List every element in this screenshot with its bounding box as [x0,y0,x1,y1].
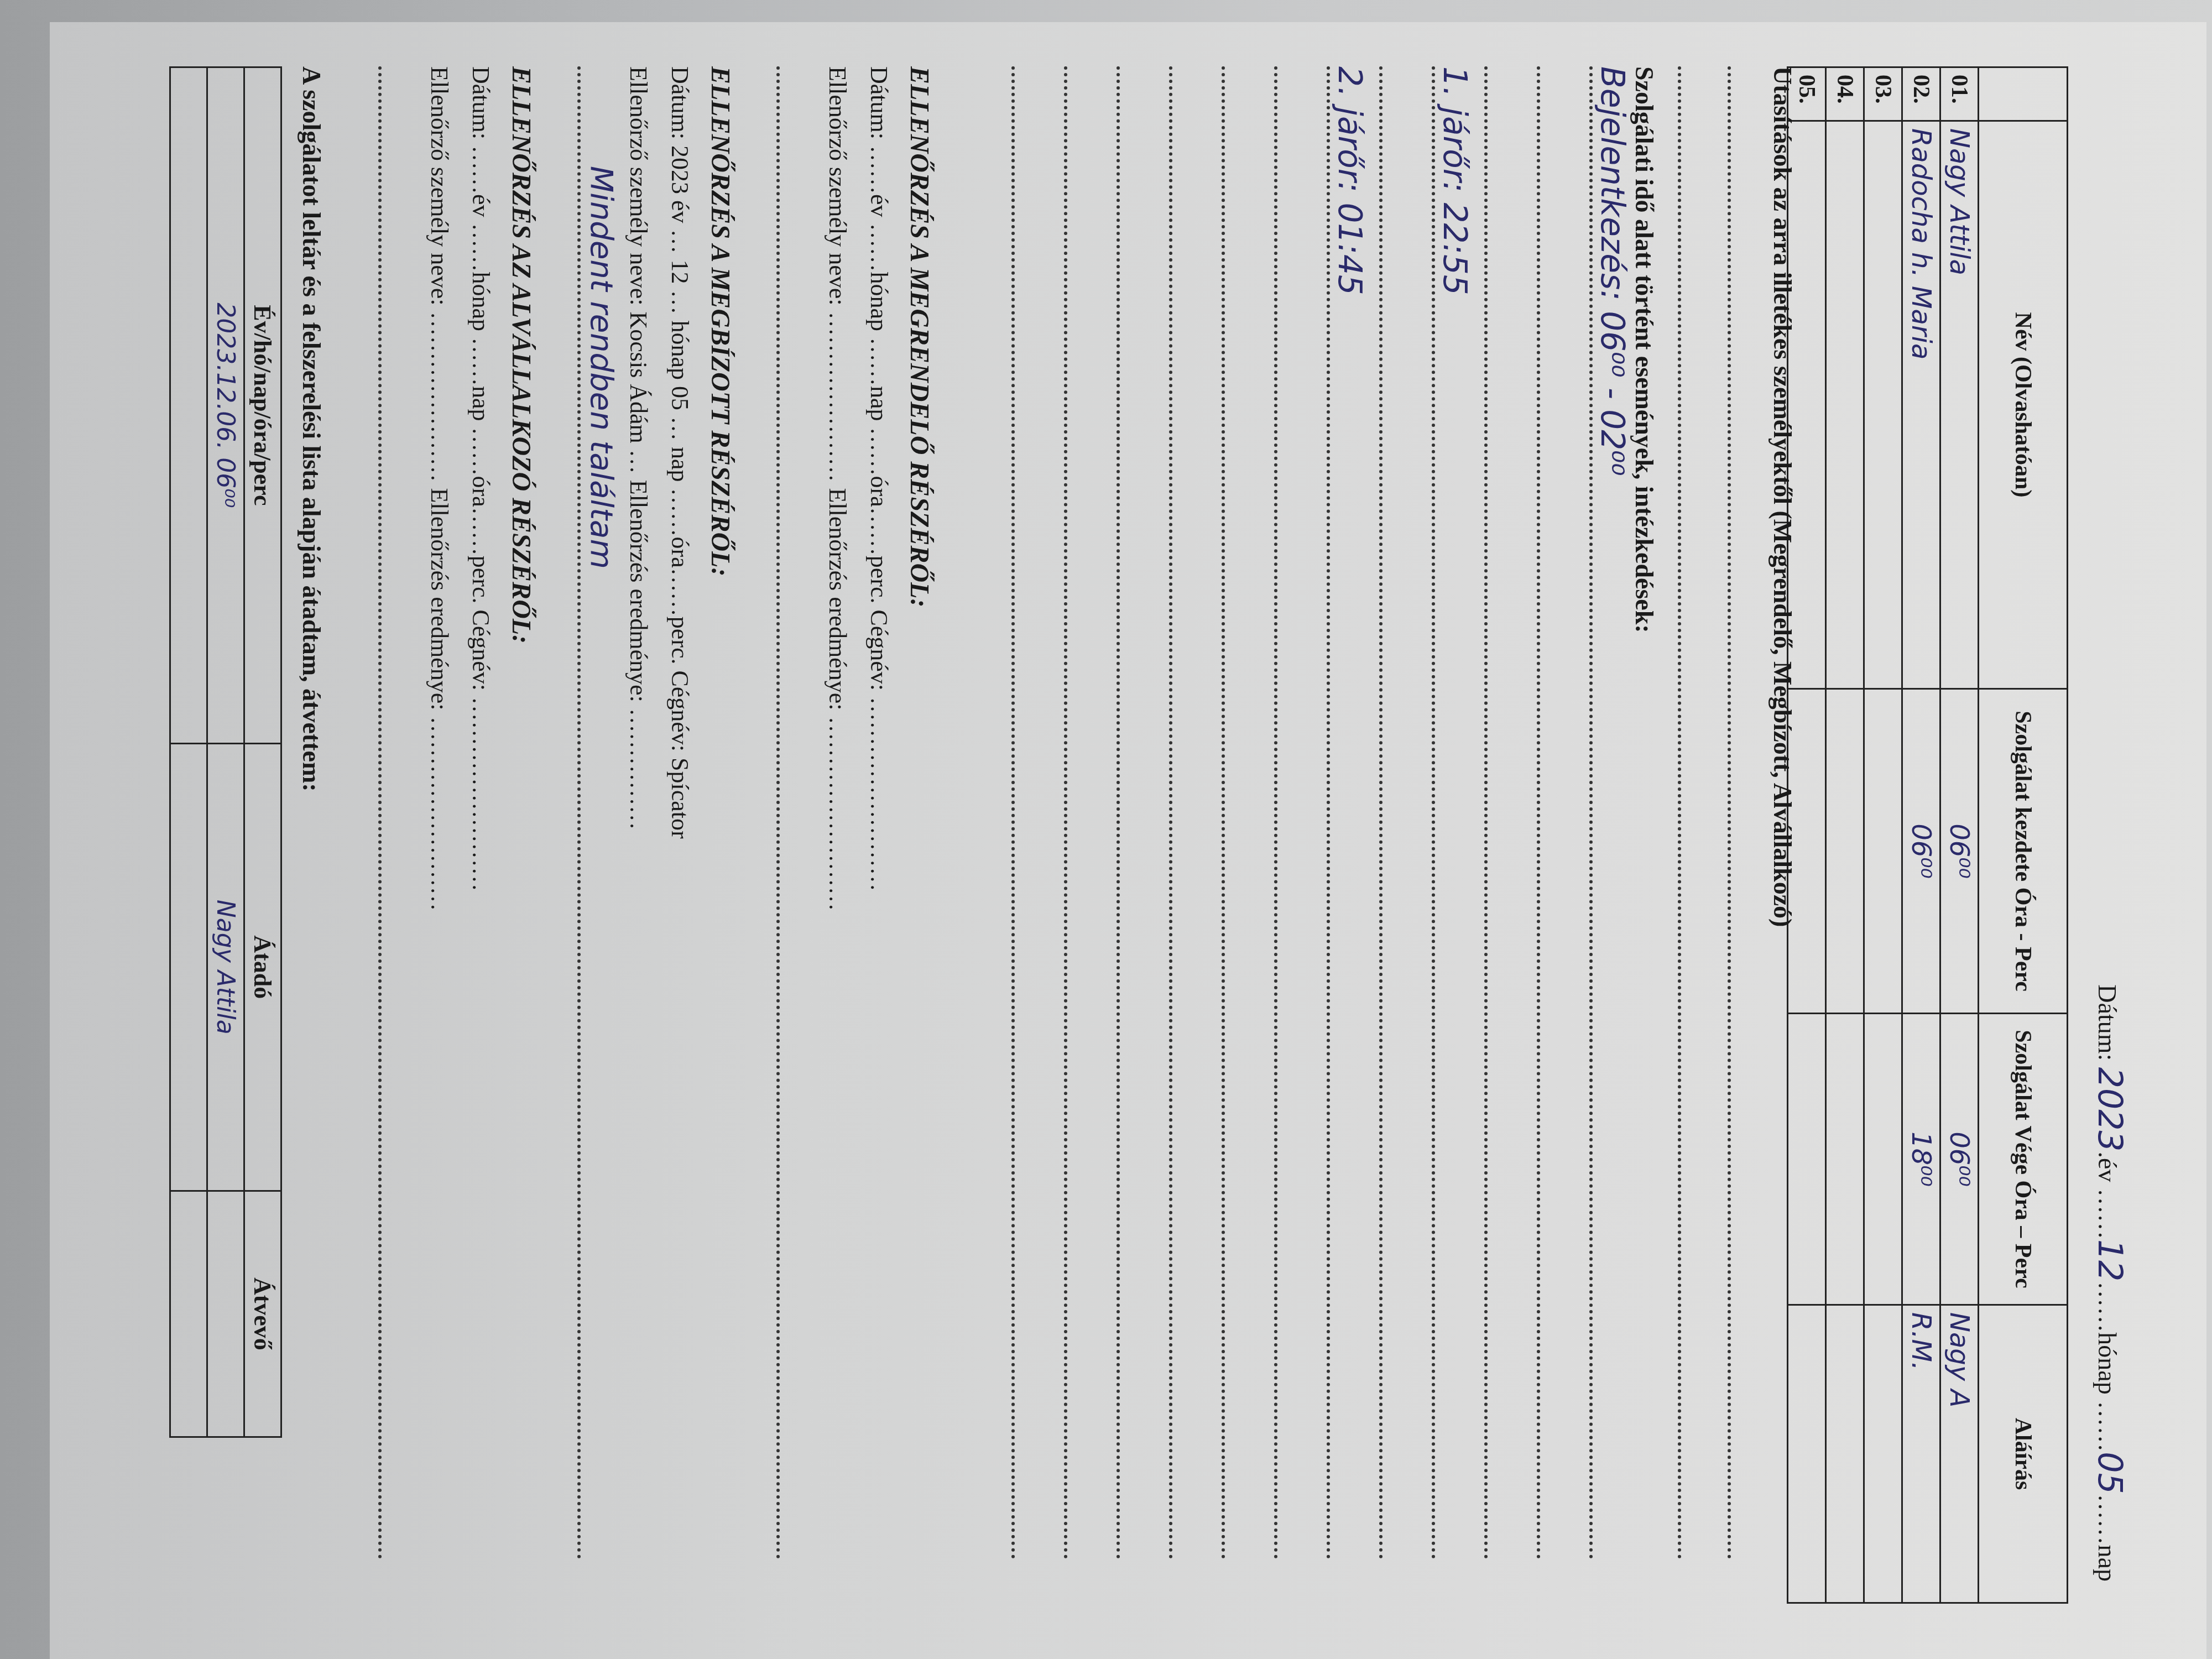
staff-num: 04. [1826,67,1864,121]
handover-row: 2023.12.06. 06⁰⁰Nagy Attila [207,67,244,1437]
staff-table: Név (Olvashatóan) Szolgálat kezdete Óra … [1787,66,2068,1604]
staff-end: 06⁰⁰ [1940,1014,1979,1305]
handover-row [170,67,207,1437]
staff-end: 18⁰⁰ [1902,1014,1940,1305]
instructions-line [1678,66,1681,1559]
year-suffix: .év [2093,1152,2121,1182]
paper-sheet: Dátum: 2023.év ……12……hónap ……05……nap Név… [50,22,2206,1659]
check-title: ELLENŐRZÉS AZ ALVÁLLALKOZÓ RÉSZÉRŐL: [506,66,536,644]
event-entry: 2. járőr: 01:45 [1331,66,1369,295]
staff-name [1826,121,1864,689]
staff-num: 01. [1940,67,1979,121]
events-title: Szolgálati idő alatt történt események, … [1630,66,1659,633]
check-date-line: Dátum: ……év ……hónap ……nap ……óra……perc. C… [865,66,893,891]
check-date-line: Dátum: ……év ……hónap ……nap ……óra……perc. C… [467,66,495,891]
staff-num: 02. [1902,67,1940,121]
events-line [1274,66,1277,1559]
events-line [1484,66,1488,1559]
staff-signature [1864,1305,1902,1603]
instructions-line [1728,66,1731,1559]
events-line [1432,66,1435,1559]
handover-receiver [207,1191,244,1437]
staff-end [1826,1014,1864,1305]
staff-start [1826,689,1864,1014]
check-name-line: Ellenőrző személy neve: ………………… Ellenőrz… [823,66,852,911]
instructions-title: Utasítások az arra illetékes személyektő… [1768,66,1797,927]
staff-name [1864,121,1902,689]
col-num [1979,67,2068,121]
check-result-handwritten: Mindent rendben találtam [583,166,619,569]
date-label: Dátum: [2093,984,2121,1061]
staff-end [1864,1014,1902,1305]
date-year: 2023 [2090,1067,2129,1152]
staff-row: 02.Radocha h. Maria06⁰⁰18⁰⁰R.M. [1902,67,1940,1603]
date-month: 12 [2090,1239,2129,1281]
event-entry: Bejelentkezés: 06⁰⁰ - 02⁰⁰ [1594,66,1631,476]
check-title: ELLENŐRZÉS A MEGBÍZOTT RÉSZÉRŐL: [705,66,735,576]
col-datetime: Év/hó/nap/óra/perc [244,67,281,744]
service-log-form: Dátum: 2023.év ……12……hónap ……05……nap Név… [105,66,2151,1615]
check-dotted-line [378,66,382,1559]
col-receiver: Átvevő [244,1191,281,1437]
events-line [1327,66,1330,1559]
date-day: 05 [2090,1452,2129,1494]
handover-datetime: 2023.12.06. 06⁰⁰ [207,67,244,744]
staff-row: 04. [1826,67,1864,1603]
form-date: Dátum: 2023.év ……12……hónap ……05……nap [2090,984,2129,1582]
staff-num: 03. [1864,67,1902,121]
check-title: ELLENŐRZÉS A MEGRENDELŐ RÉSZÉRŐL: [904,66,935,607]
events-line [1589,66,1593,1559]
handover-title: A szolgálatot leltár és a felszerelési l… [297,66,326,792]
staff-end [1788,1014,1826,1305]
handover-giver [170,743,207,1191]
month-label: hónap [2093,1332,2121,1394]
col-end: Szolgálat Vége Óra – Perc [1979,1014,2068,1305]
day-label: nap [2093,1545,2121,1582]
check-dotted-line [776,66,780,1559]
handover-datetime [170,67,207,744]
col-giver: Átadó [244,743,281,1191]
staff-row: 03. [1864,67,1902,1603]
col-signature: Aláírás [1979,1305,2068,1603]
check-name-line: Ellenőrző személy neve: Kocsis Ádám … El… [624,66,653,830]
check-dotted-line [577,66,581,1559]
events-line [1011,66,1015,1559]
events-line [1379,66,1383,1559]
staff-signature [1788,1305,1826,1603]
events-line [1222,66,1225,1559]
check-date-line: Dátum: 2023 év … 12 … hónap 05 … nap ……ó… [666,66,694,839]
staff-start: 06⁰⁰ [1902,689,1940,1014]
col-start: Szolgálat kezdete Óra - Perc [1979,689,2068,1014]
col-name: Név (Olvashatóan) [1979,121,2068,689]
handover-table: Év/hó/nap/óra/perc Átadó Átvevő 2023.12.… [169,66,282,1438]
event-entry: 1. járőr: 22:55 [1436,66,1474,295]
events-line [1117,66,1120,1559]
staff-name: Nagy Attila [1940,121,1979,689]
staff-row: 01.Nagy Attila06⁰⁰06⁰⁰Nagy A [1940,67,1979,1603]
check-name-line: Ellenőrző személy neve: ………………… Ellenőrz… [425,66,453,911]
staff-start [1864,689,1902,1014]
handover-giver: Nagy Attila [207,743,244,1191]
events-line [1537,66,1540,1559]
events-line [1064,66,1067,1559]
events-line [1169,66,1172,1559]
staff-signature [1826,1305,1864,1603]
staff-name: Radocha h. Maria [1902,121,1940,689]
handover-receiver [170,1191,207,1437]
staff-signature: R.M. [1902,1305,1940,1603]
staff-start: 06⁰⁰ [1940,689,1979,1014]
staff-signature: Nagy A [1940,1305,1979,1603]
